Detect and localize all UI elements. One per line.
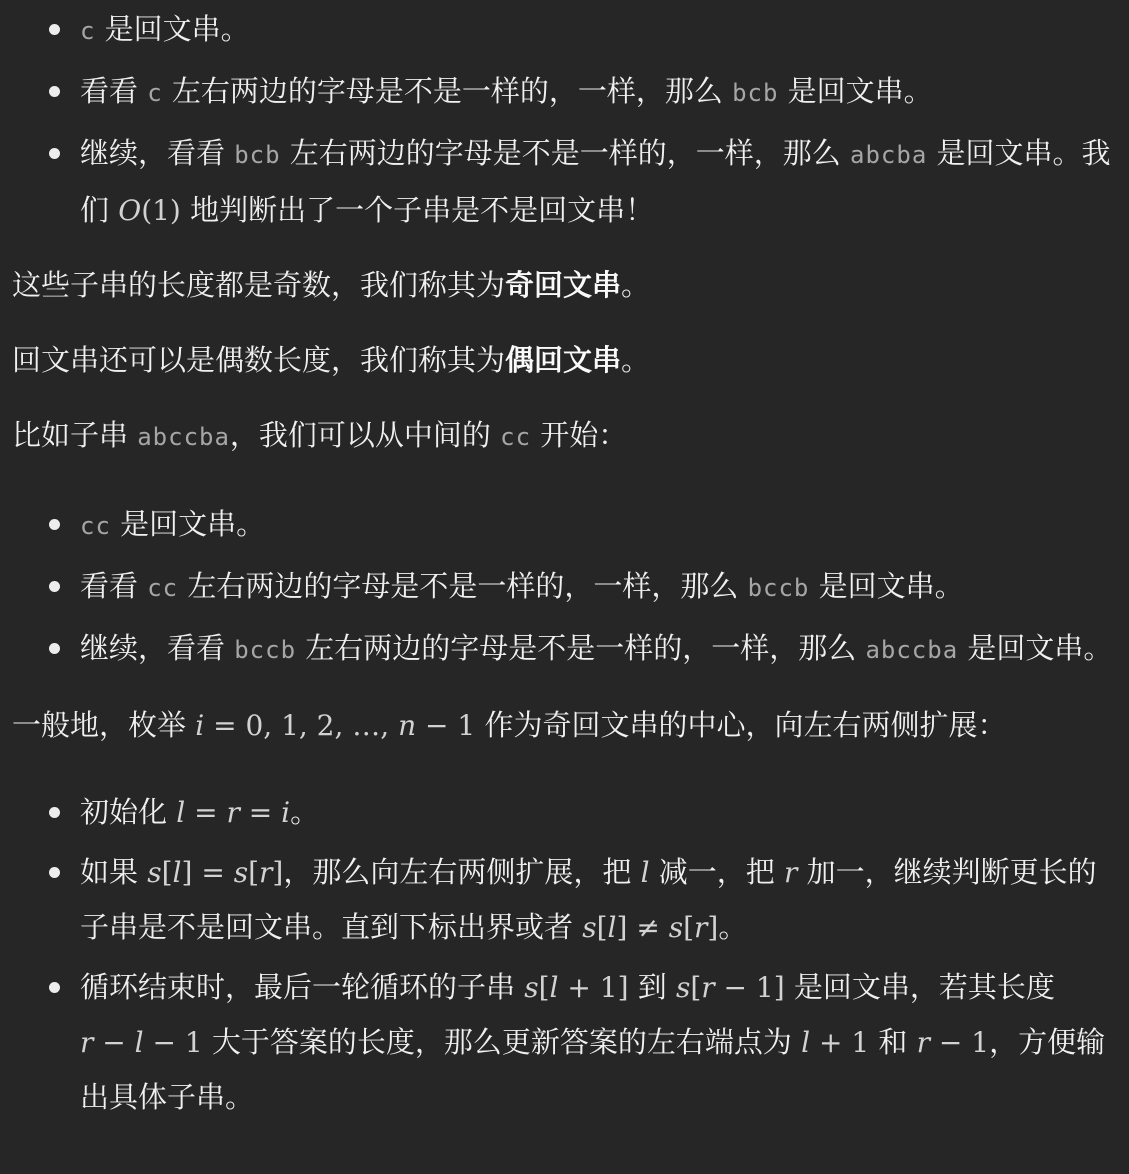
text-run: 作为奇回文串的中心，向左右两侧扩展： (475, 708, 1006, 742)
text-run: 比如子串 (12, 418, 137, 452)
list-item: 继续，看看 bcb 左右两边的字母是不是一样的，一样，那么 abcba 是回文串… (80, 126, 1115, 238)
text-run: 这些子串的长度都是奇数，我们称其为 (12, 268, 505, 302)
math-expression: s[l] = s[r] (147, 856, 283, 889)
text-run: 。 (621, 268, 650, 302)
text-run: 循环结束时，最后一轮循环的子串 (80, 970, 524, 1004)
text-run: 开始： (531, 418, 627, 452)
list-item: 继续，看看 bccb 左右两边的字母是不是一样的，一样，那么 abccba 是回… (80, 621, 1115, 678)
text-run: 左右两边的字母是不是一样的，一样，那么 (281, 136, 850, 170)
article: c 是回文串。 看看 c 左右两边的字母是不是一样的，一样，那么 bcb 是回文… (0, 0, 1129, 1125)
text-run: 如果 (80, 855, 147, 889)
text-run: 看看 (80, 569, 147, 603)
inline-code: abcba (850, 141, 927, 169)
math-expression: s[r − 1] (676, 971, 785, 1004)
math-expression: r − l − 1 (80, 1026, 203, 1059)
list-item: 循环结束时，最后一轮循环的子串 s[l + 1] 到 s[r − 1] 是回文串… (80, 960, 1115, 1125)
text-run: 减一，把 (650, 855, 784, 889)
math-expression: r (784, 856, 797, 889)
text-run: 初始化 (80, 795, 176, 829)
text-run: 继续，看看 (80, 136, 234, 170)
text-run: 大于答案的长度，那么更新答案的左右端点为 (203, 1025, 801, 1059)
text-run: 是回文串。 (809, 569, 963, 603)
bullet-icon (49, 24, 60, 35)
bullet-icon (49, 148, 60, 159)
text-run: ，我们可以从中间的 (230, 418, 500, 452)
text-run: 继续，看看 (80, 631, 234, 665)
text-run: 左右两边的字母是不是一样的，一样，那么 (178, 569, 747, 603)
text-run: ，那么向左右两侧扩展，把 (283, 855, 640, 889)
text-run: 地判断出了一个子串是不是回文串！ (181, 193, 654, 227)
math-expression: s[l + 1] (524, 971, 628, 1004)
text-run: 是回文串。 (111, 507, 265, 541)
text-run: 。 (290, 795, 319, 829)
inline-code: bcb (732, 79, 778, 107)
inline-code: bcb (234, 141, 280, 169)
inline-code: c (147, 79, 162, 107)
inline-code: bccb (234, 636, 296, 664)
bullet-icon (49, 519, 60, 530)
bullet-icon (49, 581, 60, 592)
math-expression: i = 0, 1, 2, …, n − 1 (195, 709, 475, 742)
inline-code: abccba (865, 636, 958, 664)
list-item: 如果 s[l] = s[r]，那么向左右两侧扩展，把 l 减一，把 r 加一，继… (80, 845, 1115, 955)
math-expression: l (641, 856, 650, 889)
paragraph: 比如子串 abccba，我们可以从中间的 cc 开始： (12, 408, 1115, 465)
bullet-list: cc 是回文串。 看看 cc 左右两边的字母是不是一样的，一样，那么 bccb … (12, 497, 1115, 678)
inline-code: abccba (137, 423, 230, 451)
math-expression: l = r = i (176, 796, 290, 829)
bullet-icon (49, 86, 60, 97)
list-item: 初始化 l = r = i。 (80, 785, 1115, 840)
bold-term: 偶回文串 (505, 343, 621, 377)
bullet-icon (49, 807, 60, 818)
math-big-o: O(1) (118, 194, 181, 227)
text-run: 和 (869, 1025, 916, 1059)
math-expression: s[l] ≠ s[r] (582, 911, 718, 944)
bullet-icon (49, 643, 60, 654)
text-run: 一般地，枚举 (12, 708, 195, 742)
list-item: 看看 c 左右两边的字母是不是一样的，一样，那么 bcb 是回文串。 (80, 64, 1115, 121)
list-item: cc 是回文串。 (80, 497, 1115, 554)
list-item: c 是回文串。 (80, 2, 1115, 59)
inline-code: cc (500, 423, 531, 451)
bold-term: 奇回文串 (505, 268, 621, 302)
inline-code: bccb (748, 574, 810, 602)
paragraph: 回文串还可以是偶数长度，我们称其为偶回文串。 (12, 333, 1115, 388)
text-run: 是回文串。 (958, 631, 1112, 665)
text-run: 。 (718, 910, 747, 944)
text-run: 看看 (80, 74, 147, 108)
bullet-list: 初始化 l = r = i。 如果 s[l] = s[r]，那么向左右两侧扩展，… (12, 785, 1115, 1125)
text-run: 。 (621, 343, 650, 377)
paragraph: 这些子串的长度都是奇数，我们称其为奇回文串。 (12, 258, 1115, 313)
text-run: 是回文串。 (95, 12, 249, 46)
inline-code: cc (80, 512, 111, 540)
bullet-icon (49, 982, 60, 993)
text-run: 到 (629, 970, 676, 1004)
list-item: 看看 cc 左右两边的字母是不是一样的，一样，那么 bccb 是回文串。 (80, 559, 1115, 616)
inline-code: cc (147, 574, 178, 602)
text-run: 回文串还可以是偶数长度，我们称其为 (12, 343, 505, 377)
bullet-icon (49, 867, 60, 878)
math-expression: r − 1 (917, 1026, 989, 1059)
paragraph: 一般地，枚举 i = 0, 1, 2, …, n − 1 作为奇回文串的中心，向… (12, 698, 1115, 753)
bullet-list: c 是回文串。 看看 c 左右两边的字母是不是一样的，一样，那么 bcb 是回文… (12, 2, 1115, 238)
text-run: 左右两边的字母是不是一样的，一样，那么 (163, 74, 732, 108)
math-expression: l + 1 (801, 1026, 869, 1059)
text-run: 是回文串。 (778, 74, 932, 108)
text-run: 是回文串，若其长度 (785, 970, 1055, 1004)
inline-code: c (80, 17, 95, 45)
text-run: 左右两边的字母是不是一样的，一样，那么 (296, 631, 865, 665)
